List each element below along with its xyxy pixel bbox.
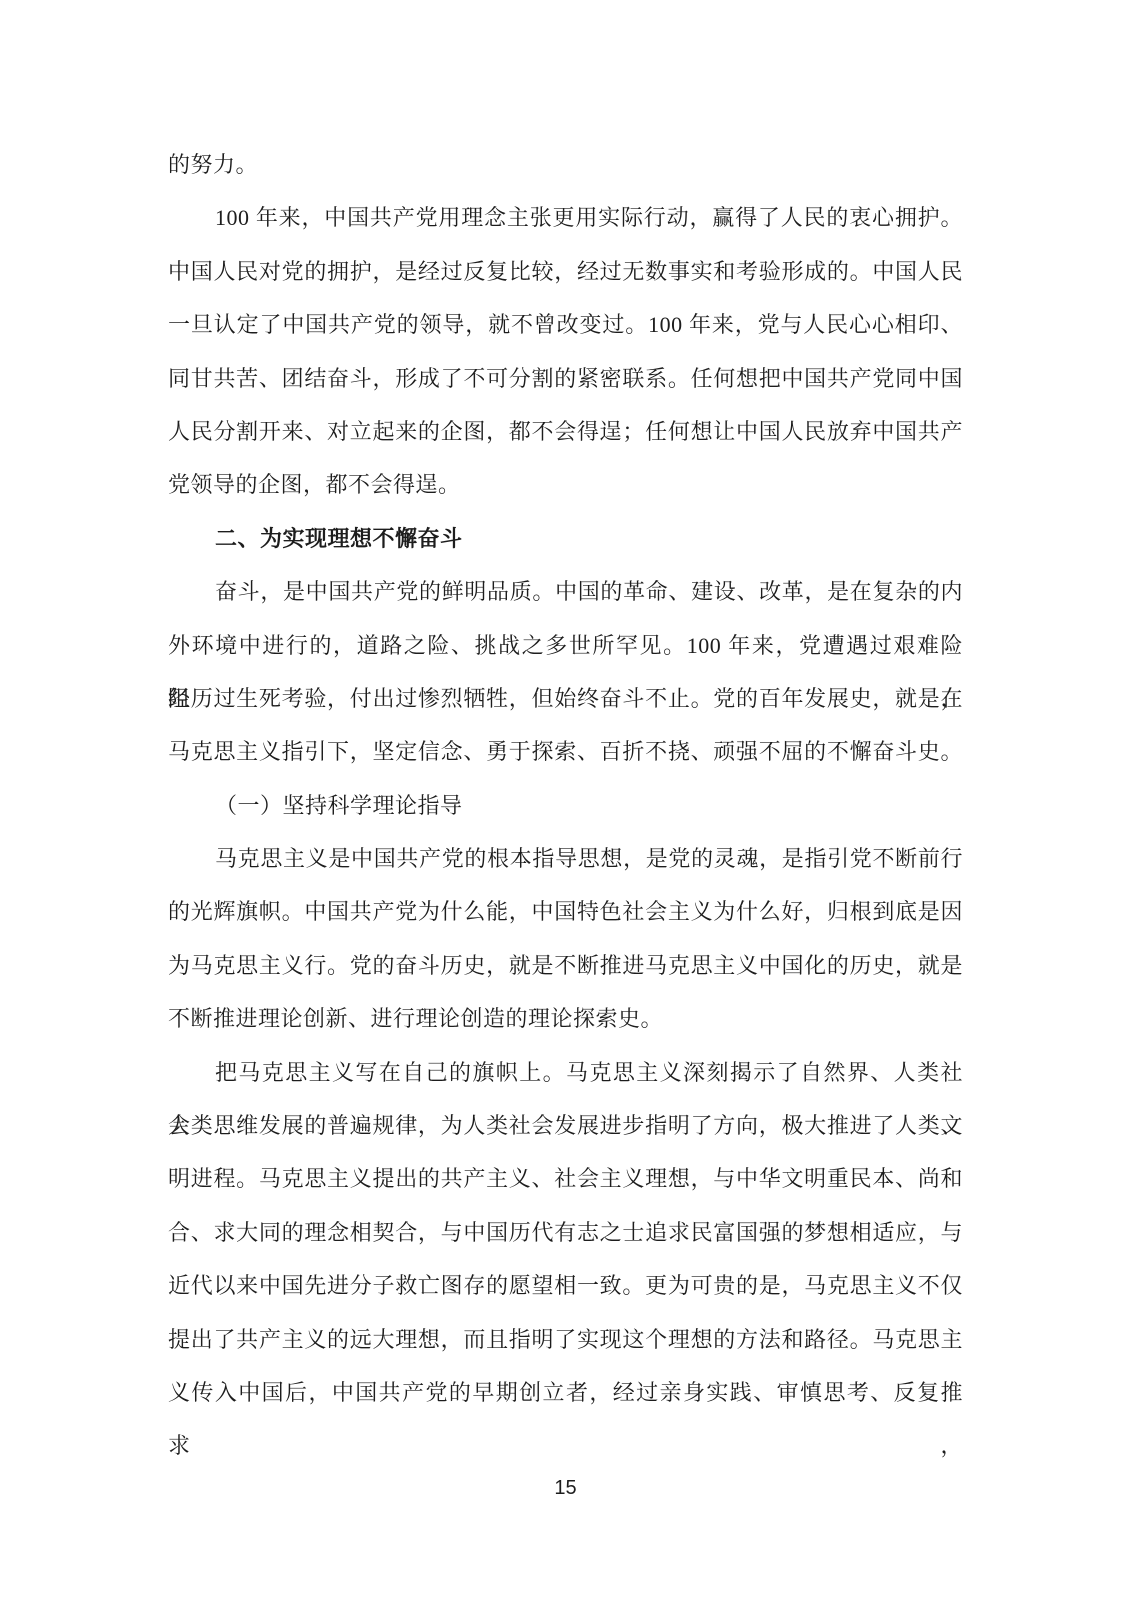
text-line: 马克思主义是中国共产党的根本指导思想，是党的灵魂，是指引党不断前行 [168, 832, 963, 885]
text-line: 不断推进理论创新、进行理论创造的理论探索史。 [168, 992, 963, 1045]
text-line: 中国人民对党的拥护，是经过反复比较，经过无数事实和考验形成的。中国人民 [168, 245, 963, 298]
text-line: 近代以来中国先进分子救亡图存的愿望相一致。更为可贵的是，马克思主义不仅 [168, 1259, 963, 1312]
text-line: 同甘共苦、团结奋斗，形成了不可分割的紧密联系。任何想把中国共产党同中国 [168, 352, 963, 405]
text-line: 100 年来，中国共产党用理念主张更用实际行动，赢得了人民的衷心拥护。 [168, 191, 963, 244]
page-number: 15 [0, 1477, 1131, 1500]
text-line: 明进程。马克思主义提出的共产主义、社会主义理想，与中华文明重民本、尚和 [168, 1152, 963, 1205]
section-heading: 二、为实现理想不懈奋斗 [168, 512, 963, 565]
text-line: 经历过生死考验，付出过惨烈牺牲，但始终奋斗不止。党的百年发展史，就是在 [168, 672, 963, 725]
text-line: 党领导的企图，都不会得逞。 [168, 458, 963, 511]
text-line: 外环境中进行的，道路之险、挑战之多世所罕见。100 年来，党遭遇过艰难险阻， [168, 619, 963, 672]
text-line: 奋斗，是中国共产党的鲜明品质。中国的革命、建设、改革，是在复杂的内 [168, 565, 963, 618]
text-line: 的光辉旗帜。中国共产党为什么能，中国特色社会主义为什么好，归根到底是因 [168, 885, 963, 938]
text-line: 一旦认定了中国共产党的领导，就不曾改变过。100 年来，党与人民心心相印、 [168, 298, 963, 351]
text-line: 的努力。 [168, 138, 963, 191]
text-line: 提出了共产主义的远大理想，而且指明了实现这个理想的方法和路径。马克思主 [168, 1313, 963, 1366]
text-line: 为马克思主义行。党的奋斗历史，就是不断推进马克思主义中国化的历史，就是 [168, 939, 963, 992]
text-line: 把马克思主义写在自己的旗帜上。马克思主义深刻揭示了自然界、人类社会、 [168, 1046, 963, 1099]
subsection-heading: （一）坚持科学理论指导 [168, 779, 963, 832]
text-line: 合、求大同的理念相契合，与中国历代有志之士追求民富国强的梦想相适应，与 [168, 1206, 963, 1259]
text-line: 义传入中国后，中国共产党的早期创立者，经过亲身实践、审慎思考、反复推求， [168, 1366, 963, 1419]
text-line: 人民分割开来、对立起来的企图，都不会得逞；任何想让中国人民放弃中国共产 [168, 405, 963, 458]
text-block: 的努力。 100 年来，中国共产党用理念主张更用实际行动，赢得了人民的衷心拥护。… [168, 138, 963, 1419]
text-line: 马克思主义指引下，坚定信念、勇于探索、百折不挠、顽强不屈的不懈奋斗史。 [168, 725, 963, 778]
text-line: 人类思维发展的普遍规律，为人类社会发展进步指明了方向，极大推进了人类文 [168, 1099, 963, 1152]
